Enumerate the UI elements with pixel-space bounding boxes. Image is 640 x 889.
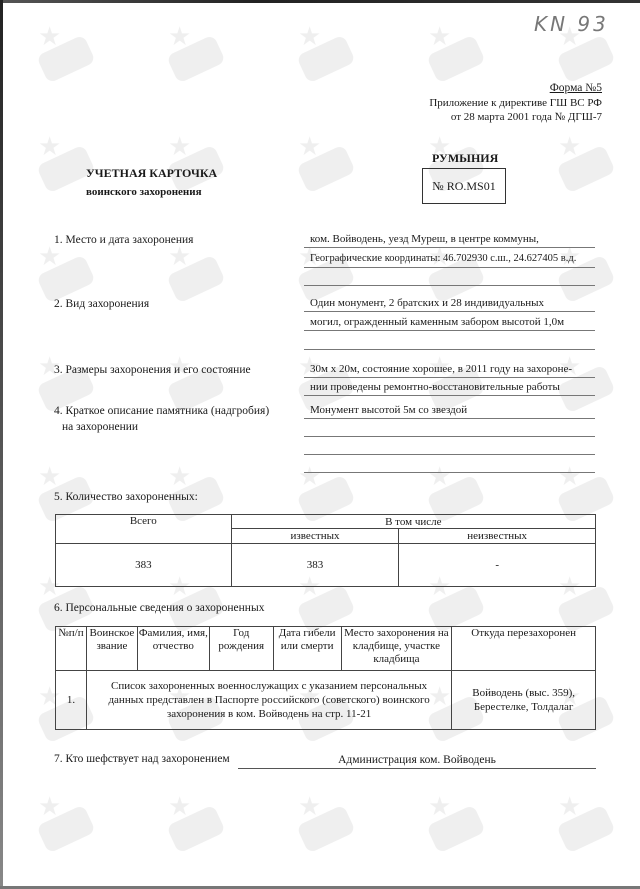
section-1-line [304, 269, 595, 286]
header-total: Всего [56, 515, 232, 544]
value-total: 383 [56, 544, 232, 587]
watermark-stamp-icon: ★ [160, 132, 230, 192]
scan-border-top [0, 0, 640, 3]
section-4-label-cont: на захоронении [62, 421, 138, 433]
form-number: Форма №5 [550, 82, 602, 94]
watermark-stamp-icon: ★ [160, 792, 230, 852]
watermark-stamp-icon: ★ [550, 792, 620, 852]
watermark-stamp-icon: ★ [290, 132, 360, 192]
column-header: Фамилия, имя, отчество [137, 627, 209, 671]
watermark-stamp-icon: ★ [30, 242, 100, 302]
section-4-line [304, 456, 595, 473]
value-known: 383 [231, 544, 399, 587]
header-unknown: неизвестных [399, 529, 596, 544]
row-number: 1. [56, 671, 87, 730]
section-3-line: 30м х 20м, состояние хорошее, в 2011 год… [304, 361, 595, 378]
watermark-stamp-icon: ★ [160, 22, 230, 82]
card-title: УЧЕТНАЯ КАРТОЧКА [86, 166, 217, 181]
watermark-stamp-icon: ★ [30, 352, 100, 412]
section-2-label: 2. Вид захоронения [54, 298, 149, 310]
personal-data-table: №п/п Воинское звание Фамилия, имя, отчес… [55, 626, 596, 730]
burial-count-table: Всего В том числе известных неизвестных … [55, 514, 596, 587]
section-2-line: могил, огражденный каменным забором высо… [304, 314, 595, 331]
section-6-label: 6. Персональные сведения о захороненных [54, 602, 264, 614]
header-including: В том числе [231, 515, 595, 529]
watermark-stamp-icon: ★ [290, 22, 360, 82]
section-4-line [304, 438, 595, 455]
value-unknown: - [399, 544, 596, 587]
registry-number-box: № RO.MS01 [422, 168, 506, 204]
watermark-stamp-icon: ★ [160, 352, 230, 412]
watermark-stamp-icon: ★ [420, 22, 490, 82]
watermark-stamp-icon: ★ [550, 132, 620, 192]
section-7-label: 7. Кто шефствует над захоронением [54, 753, 230, 765]
card-subtitle: воинского захоронения [86, 186, 202, 198]
watermark-stamp-icon: ★ [30, 792, 100, 852]
section-2-line [304, 333, 595, 350]
row-origin: Войводень (выс. 359), Берестелке, Толдал… [452, 671, 596, 730]
section-1-label: 1. Место и дата захоронения [54, 234, 193, 246]
table-row: 1. Список захороненных военнослужащих с … [56, 671, 596, 730]
watermark-stamp-icon: ★ [420, 792, 490, 852]
section-1-line: Географические координаты: 46.702930 с.ш… [304, 251, 595, 268]
row-merged-note: Список захороненных военнослужащих с ука… [86, 671, 451, 730]
section-1-line: ком. Войводень, уезд Муреш, в центре ком… [304, 231, 595, 248]
header-known: известных [231, 529, 399, 544]
registry-number: № RO.MS01 [432, 179, 495, 194]
watermark-stamp-icon: ★ [160, 242, 230, 302]
section-3-label: 3. Размеры захоронения и его состояние [54, 364, 251, 376]
section-4-label: 4. Краткое описание памятника (надгробия… [54, 405, 269, 417]
patron-value: Администрация ком. Войводень [238, 754, 596, 769]
appendix-line: от 28 марта 2001 года № ДГШ-7 [429, 110, 602, 124]
column-header: Место захоронения на кладбище, участке к… [341, 627, 452, 671]
section-5-label: 5. Количество захороненных: [54, 491, 198, 503]
appendix-reference: Приложение к директиве ГШ ВС РФ от 28 ма… [429, 96, 602, 124]
section-3-line: нии проведены ремонтно-восстановительные… [304, 379, 595, 396]
handwritten-note: KN 93 [534, 12, 609, 36]
scan-border-left [0, 0, 3, 889]
column-header: Откуда перезахоронен [452, 627, 596, 671]
column-header: Дата гибели или смерти [273, 627, 341, 671]
section-4-line [304, 420, 595, 437]
watermark-stamp-icon: ★ [290, 792, 360, 852]
column-header: Год рождения [209, 627, 273, 671]
column-header: Воинское звание [86, 627, 137, 671]
section-4-line: Монумент высотой 5м со звездой [304, 402, 595, 419]
appendix-line: Приложение к директиве ГШ ВС РФ [429, 96, 602, 110]
column-header: №п/п [56, 627, 87, 671]
section-2-line: Один монумент, 2 братских и 28 индивидуа… [304, 295, 595, 312]
watermark-stamp-icon: ★ [30, 22, 100, 82]
country-name: РУМЫНИЯ [432, 151, 498, 166]
watermark-stamp-icon: ★ [30, 132, 100, 192]
